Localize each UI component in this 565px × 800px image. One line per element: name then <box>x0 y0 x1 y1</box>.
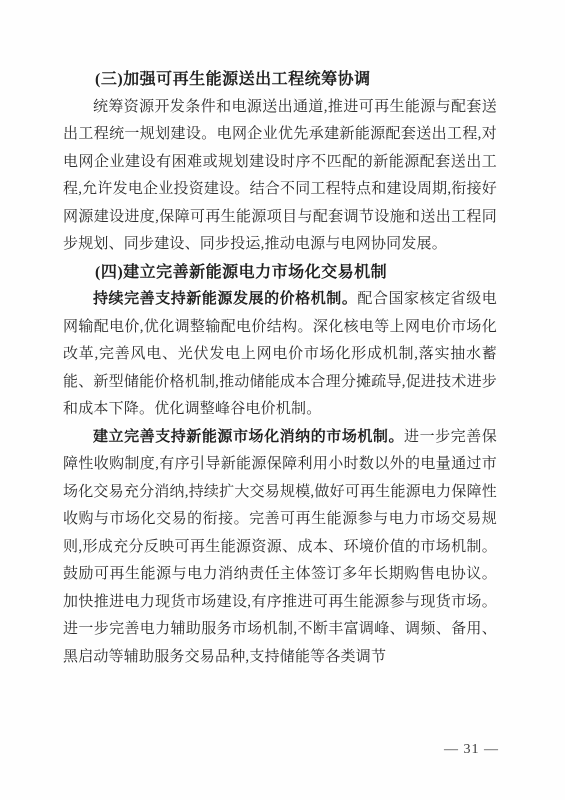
paragraph-lead: 持续完善支持新能源发展的价格机制。 <box>93 291 357 307</box>
paragraph: 建立完善支持新能源市场化消纳的市场机制。进一步完善保障性收购制度,有序引导新能源… <box>63 424 497 672</box>
paragraph-text: 统筹资源开发条件和电源送出通道,推进可再生能源与配套送出工程统一规划建设。电网企… <box>63 99 497 253</box>
section-heading-4: (四)建立完善新能源电力市场化交易机制 <box>63 259 497 287</box>
document-content: (三)加强可再生能源送出工程统筹协调 统筹资源开发条件和电源送出通道,推进可再生… <box>63 66 497 671</box>
paragraph-text: 进一步完善保障性收购制度,有序引导新能源保障利用小时数以外的电量通过市场化交易充… <box>63 429 497 665</box>
section-heading-3: (三)加强可再生能源送出工程统筹协调 <box>63 66 497 94</box>
document-page: (三)加强可再生能源送出工程统筹协调 统筹资源开发条件和电源送出通道,推进可再生… <box>0 0 565 800</box>
page-number: — 31 — <box>444 742 499 758</box>
paragraph-text: 配合国家核定省级电网输配电价,优化调整输配电价结构。深化核电等上网电价市场化改革… <box>63 291 497 417</box>
paragraph-lead: 建立完善支持新能源市场化消纳的市场机制。 <box>93 429 404 445</box>
paragraph: 统筹资源开发条件和电源送出通道,推进可再生能源与配套送出工程统一规划建设。电网企… <box>63 94 497 259</box>
paragraph: 持续完善支持新能源发展的价格机制。配合国家核定省级电网输配电价,优化调整输配电价… <box>63 286 497 424</box>
